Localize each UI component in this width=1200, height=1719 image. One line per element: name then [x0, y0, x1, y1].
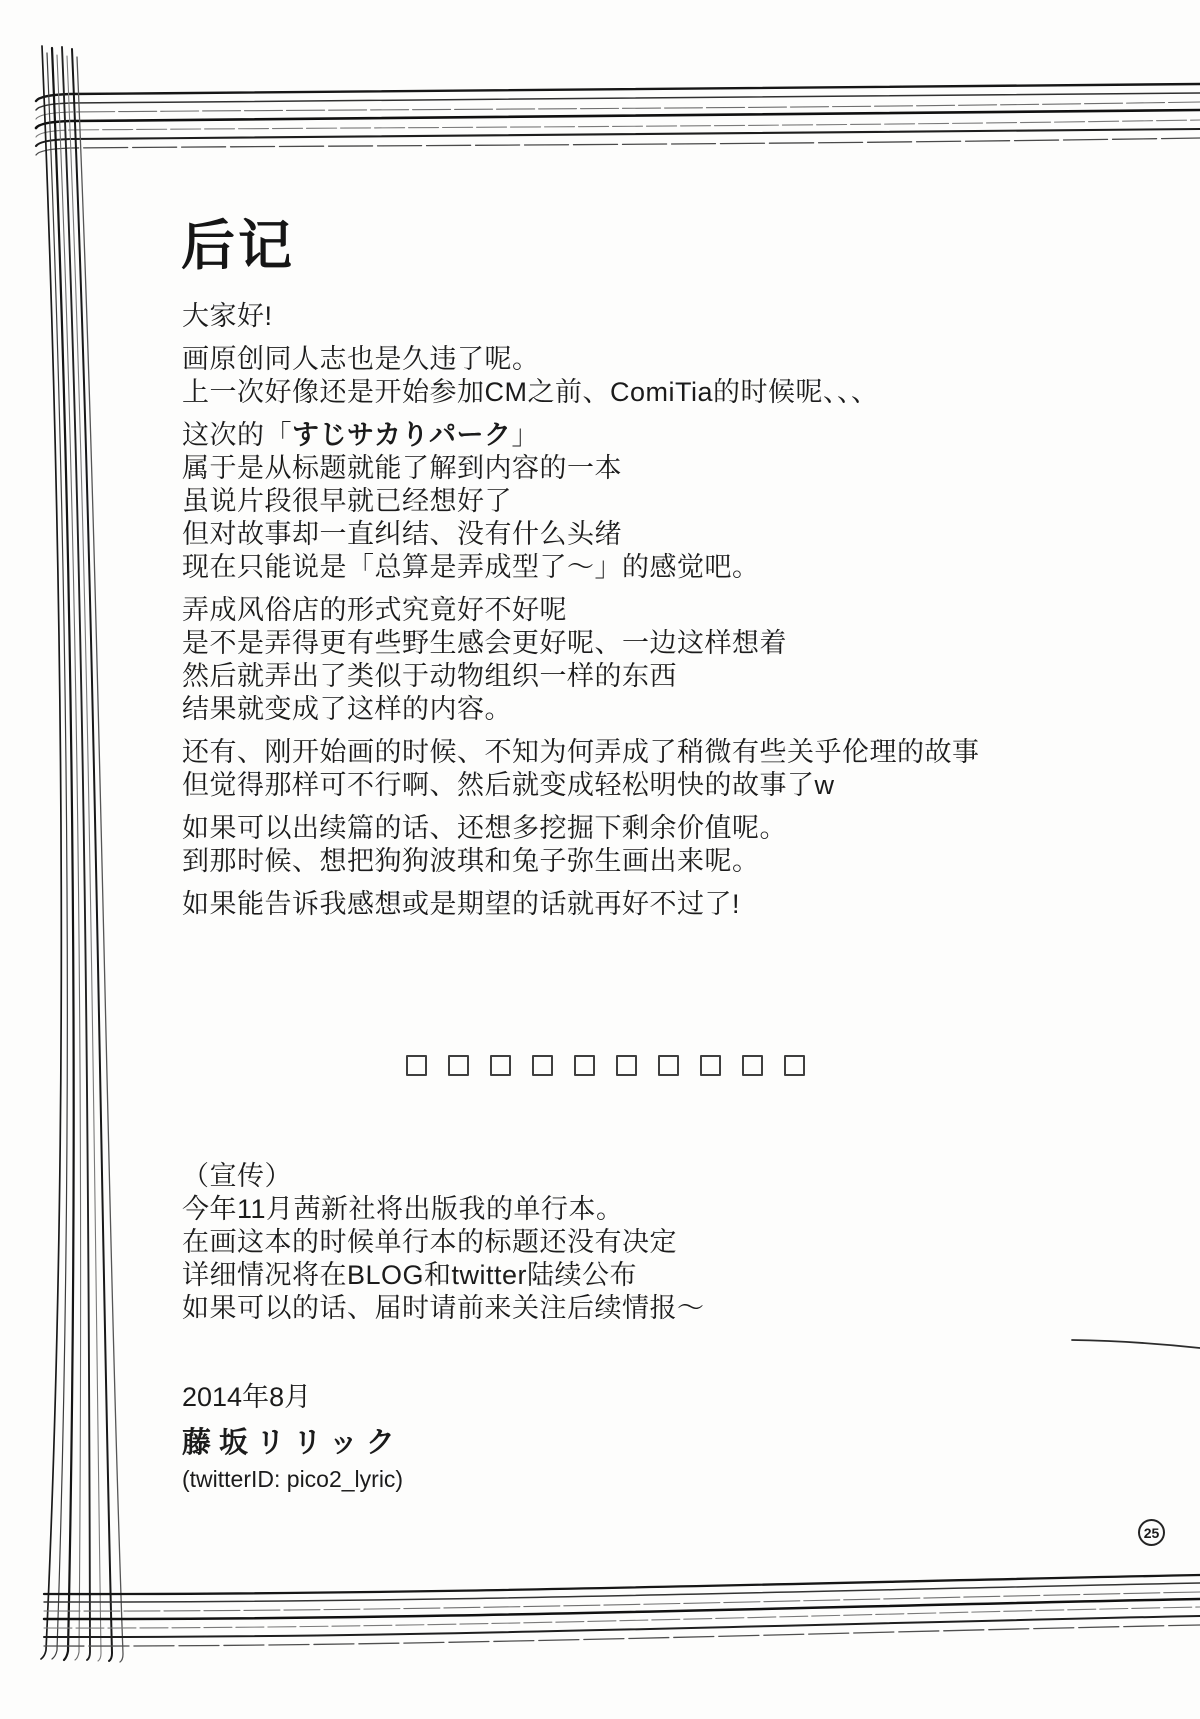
body-line: 但觉得那样可不行啊、然后就变成轻松明快的故事了w: [182, 769, 1042, 802]
square-box: [700, 1055, 721, 1076]
square-box: [616, 1055, 637, 1076]
square-box: [532, 1055, 553, 1076]
body-line: 还有、刚开始画的时候、不知为何弄成了稍微有些关乎伦理的故事: [182, 736, 1042, 769]
body-line: 大家好!: [182, 300, 1042, 333]
signature-author: 藤坂リリック: [182, 1426, 403, 1460]
paragraph: 大家好!: [182, 300, 1042, 333]
square-box: [448, 1055, 469, 1076]
book-title: すじサカりパーク: [292, 420, 511, 450]
body-line: 如果能告诉我感想或是期望的话就再好不过了!: [182, 888, 1042, 921]
body-line: 结果就变成了这样的内容。: [182, 693, 1042, 726]
promo-header: （宣传）: [182, 1160, 705, 1193]
book-title-prefix: 这次的「: [182, 420, 292, 450]
body-line: 是不是弄得更有些野生感会更好呢、一边这样想着: [182, 627, 1042, 660]
body-line: 到那时候、想把狗狗波琪和兔子弥生画出来呢。: [182, 845, 1042, 878]
paragraph: 还有、刚开始画的时候、不知为何弄成了稍微有些关乎伦理的故事 但觉得那样可不行啊、…: [182, 736, 1042, 802]
stray-line: [1072, 1340, 1200, 1348]
square-box: [742, 1055, 763, 1076]
paragraph: 弄成风俗店的形式究竟好不好呢 是不是弄得更有些野生感会更好呢、一边这样想着 然后…: [182, 594, 1042, 726]
promo-line: 如果可以的话、届时请前来关注后续情报～: [182, 1292, 705, 1325]
square-box: [406, 1055, 427, 1076]
square-box: [574, 1055, 595, 1076]
square-box: [784, 1055, 805, 1076]
promo-line: 今年11月茜新社将出版我的单行本。: [182, 1193, 705, 1226]
top-border-lines: [36, 84, 1200, 155]
body-line-book-title: 这次的「すじサカりパーク」: [182, 419, 1042, 452]
body-line: 上一次好像还是开始参加CM之前、ComiTia的时候呢、、、: [182, 376, 1042, 409]
body-line: 然后就弄出了类似于动物组织一样的东西: [182, 660, 1042, 693]
signature-date: 2014年8月: [182, 1381, 403, 1414]
body-line: 现在只能说是「总算是弄成型了～」的感觉吧。: [182, 551, 1042, 584]
page-number: 25: [1144, 1525, 1160, 1541]
body-line: 弄成风俗店的形式究竟好不好呢: [182, 594, 1042, 627]
body-line: 虽说片段很早就已经想好了: [182, 485, 1042, 518]
title-block: 后记: [181, 203, 295, 280]
left-border-lines: [41, 46, 123, 1662]
paragraph: 如果可以出续篇的话、还想多挖掘下剩余价值呢。 到那时候、想把狗狗波琪和兔子弥生画…: [182, 812, 1042, 878]
promo-line: 详细情况将在BLOG和twitter陆续公布: [182, 1259, 705, 1292]
body-text: 大家好! 画原创同人志也是久违了呢。 上一次好像还是开始参加CM之前、ComiT…: [182, 300, 1042, 931]
promo-line: 在画这本的时候单行本的标题还没有决定: [182, 1226, 705, 1259]
signature-twitter-id: (twitterID: pico2_lyric): [182, 1465, 403, 1493]
page-number-badge: 25: [1138, 1519, 1165, 1546]
body-line: 属于是从标题就能了解到内容的一本: [182, 452, 1042, 485]
squares-row: [406, 1055, 805, 1076]
square-box: [490, 1055, 511, 1076]
square-box: [658, 1055, 679, 1076]
body-line: 但对故事却一直纠结、没有什么头绪: [182, 518, 1042, 551]
signature-block: 2014年8月 藤坂リリック (twitterID: pico2_lyric): [182, 1381, 403, 1493]
paragraph: 这次的「すじサカりパーク」 属于是从标题就能了解到内容的一本 虽说片段很早就已经…: [182, 419, 1042, 584]
paragraph: 如果能告诉我感想或是期望的话就再好不过了!: [182, 888, 1042, 921]
book-title-suffix: 」: [511, 420, 539, 450]
page-title: 后记: [181, 203, 295, 280]
body-line: 如果可以出续篇的话、还想多挖掘下剩余价值呢。: [182, 812, 1042, 845]
promo-block: （宣传） 今年11月茜新社将出版我的单行本。 在画这本的时候单行本的标题还没有决…: [182, 1160, 705, 1325]
body-line: 画原创同人志也是久违了呢。: [182, 343, 1042, 376]
paragraph: 画原创同人志也是久违了呢。 上一次好像还是开始参加CM之前、ComiTia的时候…: [182, 343, 1042, 409]
afterword-page: 后记 大家好! 画原创同人志也是久违了呢。 上一次好像还是开始参加CM之前、Co…: [0, 0, 1200, 1719]
